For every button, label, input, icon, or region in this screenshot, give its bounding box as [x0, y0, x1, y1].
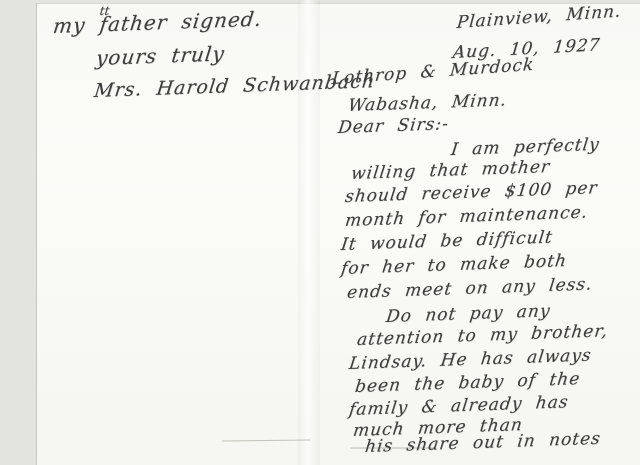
signoff-line: yours truly	[95, 43, 226, 68]
letter-scan: tt my father signed. yours truly Mrs. Ha…	[0, 0, 640, 465]
salutation: Dear Sirs:-	[337, 116, 450, 137]
page-fold	[298, 0, 320, 465]
